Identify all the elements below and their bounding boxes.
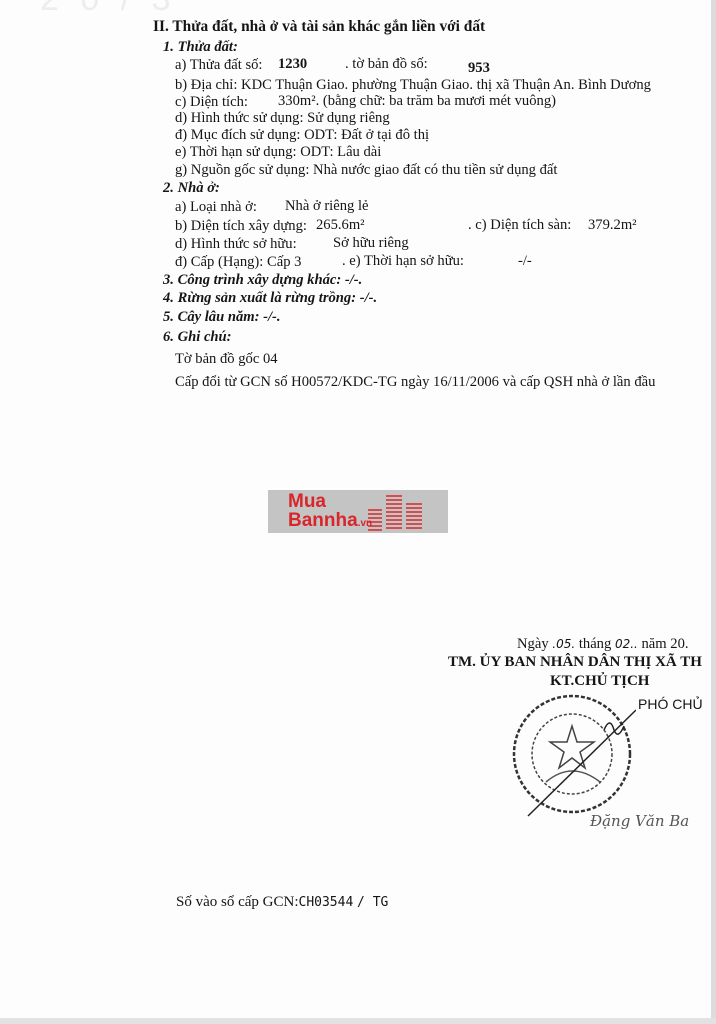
page-edge-right <box>711 0 716 1024</box>
certificate-page: 2 0 / 3 II. Thửa đất, nhà ở và tài sản k… <box>0 0 711 1018</box>
map-sheet-label: . tờ bản đồ số: <box>345 56 428 73</box>
date-month-label: tháng <box>579 636 611 652</box>
faded-header: 2 0 / 3 <box>40 0 177 19</box>
date-month: 02.. <box>615 637 638 651</box>
chairman-title: KT.CHỦ TỊCH <box>550 673 649 690</box>
ownership-form-label: d) Hình thức sở hữu: <box>175 235 297 253</box>
registry-value: CH03544 <box>299 895 354 910</box>
ownership-form-value: Sở hữu riêng <box>333 235 409 252</box>
land-use-term: e) Thời hạn sử dụng: ODT: Lâu dài <box>175 143 381 161</box>
floor-area-label: . c) Diện tích sàn: <box>468 217 571 234</box>
ownership-term-value: -/- <box>518 253 532 270</box>
other-construction: 3. Công trình xây dựng khác: -/-. <box>163 271 362 289</box>
official-seal-icon <box>508 690 636 818</box>
muabannha-watermark: Mua Bannha.vn <box>268 490 448 533</box>
house-heading: 2. Nhà ở: <box>163 179 220 197</box>
vice-chairman-title: PHÓ CHỦ <box>638 696 703 712</box>
map-sheet-number: 953 <box>468 60 490 77</box>
registry-number: Số vào sổ cấp GCN:CH03544 / TG <box>176 894 388 911</box>
land-parcel-label: a) Thửa đất số: <box>175 56 262 74</box>
floor-area-value: 379.2m² <box>588 217 637 234</box>
land-use-purpose: đ) Mục đích sử dụng: ODT: Đất ở tại đô t… <box>175 126 429 144</box>
watermark-logo-text: Mua Bannha.vn <box>288 492 372 533</box>
notes-heading: 6. Ghi chú: <box>163 328 232 346</box>
date-prefix: Ngày <box>517 636 549 652</box>
registry-label: Số vào sổ cấp GCN: <box>176 894 299 910</box>
land-use-origin: g) Nguồn gốc sử dụng: Nhà nước giao đất … <box>175 161 557 179</box>
perennial-trees: 5. Cây lâu năm: -/-. <box>163 308 281 326</box>
building-area-label: b) Diện tích xây dựng: <box>175 217 307 235</box>
land-address: b) Địa chỉ: KDC Thuận Giao. phường Thuận… <box>175 76 651 94</box>
issue-date: Ngày .05. tháng 02.. năm 20. <box>517 636 689 653</box>
land-parcel-number: 1230 <box>278 56 307 73</box>
land-use-form: d) Hình thức sử dụng: Sử dụng riêng <box>175 109 390 127</box>
building-icon <box>366 492 426 532</box>
watermark-line2: Bannha <box>288 510 358 531</box>
signer-name: Đặng Văn Ba <box>590 812 689 830</box>
building-area-value: 265.6m² <box>316 217 365 234</box>
issuing-authority: TM. ỦY BAN NHÂN DÂN THỊ XÃ TH <box>448 654 702 671</box>
page-edge-bottom <box>0 1018 716 1024</box>
registry-suffix: / TG <box>357 895 388 910</box>
house-grade: đ) Cấp (Hạng): Cấp 3 <box>175 253 301 271</box>
house-type-value: Nhà ở riêng lẻ <box>285 198 369 215</box>
date-year: năm 20. <box>642 636 689 652</box>
production-forest: 4. Rừng sản xuất là rừng trồng: -/-. <box>163 289 377 307</box>
ownership-term-label: . e) Thời hạn sở hữu: <box>342 253 464 270</box>
land-heading: 1. Thửa đất: <box>163 38 238 56</box>
section-title: II. Thửa đất, nhà ở và tài sản khác gắn … <box>153 18 485 36</box>
watermark-line1: Mua <box>288 492 372 511</box>
date-day: .05. <box>552 637 575 651</box>
house-type-label: a) Loại nhà ở: <box>175 198 257 216</box>
note-original-map: Tờ bản đồ gốc 04 <box>175 350 278 368</box>
note-reissue: Cấp đổi từ GCN số H00572/KDC-TG ngày 16/… <box>175 373 655 391</box>
land-area-value: 330m². (bằng chữ: ba trăm ba mươi mét vu… <box>278 93 556 110</box>
